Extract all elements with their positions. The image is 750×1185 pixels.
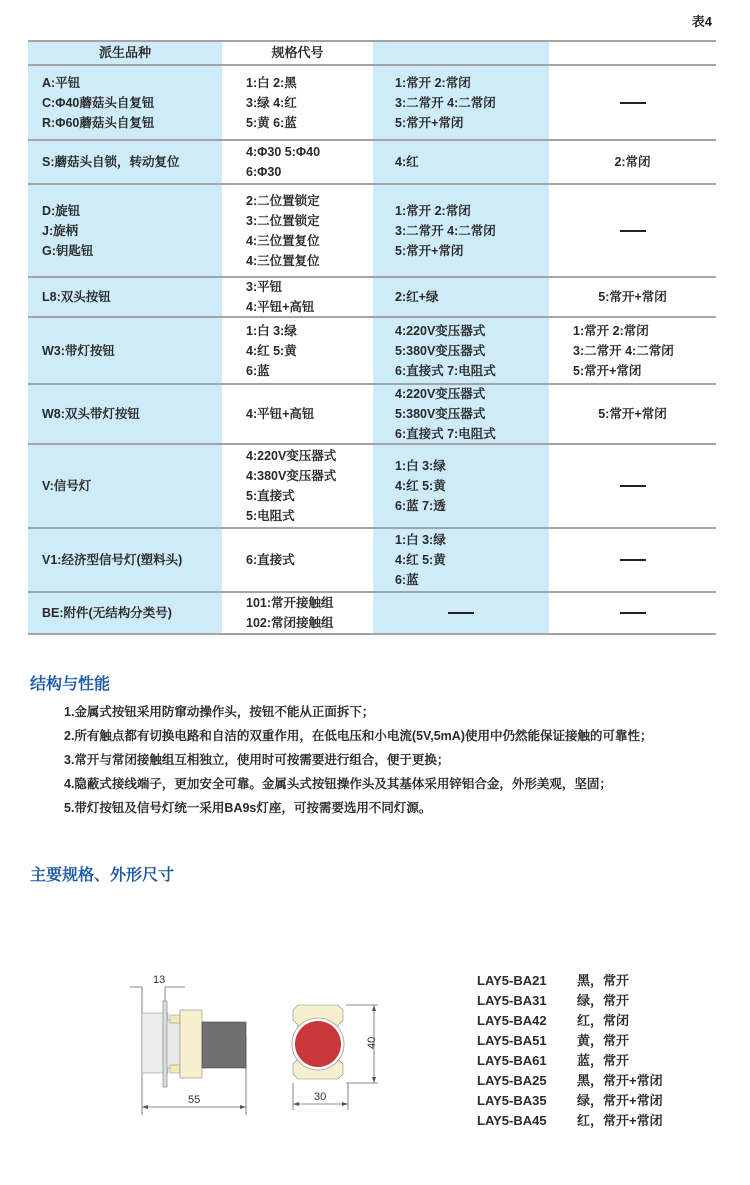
table-cell-c3 bbox=[373, 593, 549, 633]
table-cell-c2: 4:Φ30 5:Φ406:Φ30 bbox=[222, 141, 373, 183]
cell-line: 3:绿 4:红 bbox=[246, 93, 373, 113]
header-col3 bbox=[373, 42, 549, 64]
cell-line: 5:常开+常闭 bbox=[573, 361, 716, 381]
table-cell-c1: A:平钮C:Φ40蘑菇头自复钮R:Φ60蘑菇头自复钮 bbox=[28, 66, 222, 139]
cell-line: 5:380V变压器式 bbox=[395, 341, 549, 361]
cell-line: 3:二常开 4:二常闭 bbox=[395, 93, 549, 113]
svg-text:13: 13 bbox=[153, 974, 165, 986]
dimension-drawing: 13 55 30 40 bbox=[130, 965, 410, 1125]
cell-line: 3:二位置锁定 bbox=[246, 211, 373, 231]
cell-line: 4:220V变压器式 bbox=[395, 384, 549, 404]
model-desc: 绿，常开+常闭 bbox=[577, 1091, 663, 1111]
model-code: LAY5-BA45 bbox=[477, 1111, 577, 1131]
table-row: W8:双头带灯按钮4:平钮+高钮4:220V变压器式5:380V变压器式6:直接… bbox=[28, 383, 716, 443]
table-row: V1:经济型信号灯(塑料头)6:直接式1:白 3:绿4:红 5:黄6:蓝 bbox=[28, 527, 716, 591]
table-cell-c1: S:蘑菇头自锁，转动复位 bbox=[28, 141, 222, 183]
model-code: LAY5-BA35 bbox=[477, 1091, 577, 1111]
cell-line: 4:三位置复位 bbox=[246, 251, 373, 271]
cell-line: 4:220V变压器式 bbox=[395, 321, 549, 341]
table-cell-c4: 1:常开 2:常闭3:二常开 4:二常闭5:常开+常闭 bbox=[549, 318, 716, 383]
cell-line: 6:直接式 bbox=[246, 550, 373, 570]
table-cell-c2: 1:白 2:黑3:绿 4:红5:黄 6:蓝 bbox=[222, 66, 373, 139]
cell-line: 5:常开+常闭 bbox=[598, 404, 666, 424]
table-cell-c3: 1:常开 2:常闭3:二常开 4:二常闭5:常开+常闭 bbox=[373, 66, 549, 139]
table-cell-c1: W3:带灯按钮 bbox=[28, 318, 222, 383]
model-desc: 红，常闭 bbox=[577, 1011, 629, 1031]
model-row: LAY5-BA31绿，常开 bbox=[477, 991, 663, 1011]
table-row: L8:双头按钮3:平钮4:平钮+高钮2:红+绿5:常开+常闭 bbox=[28, 276, 716, 316]
table-row: S:蘑菇头自锁，转动复位4:Φ30 5:Φ406:Φ304:红2:常闭 bbox=[28, 139, 716, 183]
cell-line: 4:三位置复位 bbox=[246, 231, 373, 251]
table-cell-c2: 1:白 3:绿4:红 5:黄6:蓝 bbox=[222, 318, 373, 383]
cell-line: 5:常开+常闭 bbox=[395, 113, 549, 133]
table-header-row: 派生品种 规格代号 bbox=[28, 40, 716, 64]
table-cell-c2: 4:220V变压器式4:380V变压器式5:直接式5:电阻式 bbox=[222, 445, 373, 527]
cell-line: J:旋柄 bbox=[42, 221, 222, 241]
table-row: A:平钮C:Φ40蘑菇头自复钮R:Φ60蘑菇头自复钮1:白 2:黑3:绿 4:红… bbox=[28, 64, 716, 139]
model-desc: 黑，常开 bbox=[577, 971, 629, 991]
model-desc: 绿，常开 bbox=[577, 991, 629, 1011]
dash-placeholder bbox=[620, 559, 646, 561]
cell-line: R:Φ60蘑菇头自复钮 bbox=[42, 113, 222, 133]
table-cell-c4 bbox=[549, 185, 716, 276]
cell-line: 3:平钮 bbox=[246, 277, 373, 297]
cell-line: 1:白 3:绿 bbox=[395, 530, 549, 550]
cell-line: 6:蓝 bbox=[246, 361, 373, 381]
svg-text:30: 30 bbox=[314, 1091, 326, 1103]
model-desc: 黑，常开+常闭 bbox=[577, 1071, 663, 1091]
table-cell-c2: 2:二位置锁定3:二位置锁定4:三位置复位4:三位置复位 bbox=[222, 185, 373, 276]
table-cell-c1: V1:经济型信号灯(塑料头) bbox=[28, 529, 222, 591]
table-cell-c3: 1:白 3:绿4:红 5:黄6:蓝 7:透 bbox=[373, 445, 549, 527]
button-outline-icon: 13 55 30 40 bbox=[130, 965, 410, 1125]
header-spec-code: 规格代号 bbox=[222, 42, 373, 64]
structure-item: 4.隐蔽式接线端子，更加安全可靠。金属头式按钮操作头及其基体采用锌铝合金，外形美… bbox=[30, 772, 720, 796]
table-cell-c2: 101:常开接触组102:常闭接触组 bbox=[222, 593, 373, 633]
table-cell-c4 bbox=[549, 66, 716, 139]
table-cell-c4: 5:常开+常闭 bbox=[549, 385, 716, 443]
header-variant: 派生品种 bbox=[28, 42, 222, 64]
cell-line: 4:380V变压器式 bbox=[246, 466, 373, 486]
cell-line: 5:380V变压器式 bbox=[395, 404, 549, 424]
cell-line: 4:红 5:黄 bbox=[246, 341, 373, 361]
cell-line: 6:直接式 7:电阻式 bbox=[395, 361, 549, 381]
model-row: LAY5-BA61蓝，常开 bbox=[477, 1051, 663, 1071]
model-row: LAY5-BA42红，常闭 bbox=[477, 1011, 663, 1031]
table-cell-c3: 4:红 bbox=[373, 141, 549, 183]
table-cell-c1: W8:双头带灯按钮 bbox=[28, 385, 222, 443]
cell-line: 3:二常开 4:二常闭 bbox=[573, 341, 716, 361]
table-cell-c2: 6:直接式 bbox=[222, 529, 373, 591]
cell-line: 5:常开+常闭 bbox=[598, 287, 666, 307]
cell-line: 1:常开 2:常闭 bbox=[395, 201, 549, 221]
table-cell-c2: 4:平钮+高钮 bbox=[222, 385, 373, 443]
model-code: LAY5-BA25 bbox=[477, 1071, 577, 1091]
cell-line: 2:常闭 bbox=[614, 152, 650, 172]
cell-line: V1:经济型信号灯(塑料头) bbox=[42, 550, 222, 570]
table-cell-c3: 4:220V变压器式5:380V变压器式6:直接式 7:电阻式 bbox=[373, 318, 549, 383]
cell-line: 6:直接式 7:电阻式 bbox=[395, 424, 549, 444]
table-cell-c4 bbox=[549, 529, 716, 591]
dash-placeholder bbox=[620, 102, 646, 104]
model-row: LAY5-BA35绿，常开+常闭 bbox=[477, 1091, 663, 1111]
cell-line: D:旋钮 bbox=[42, 201, 222, 221]
table-cell-c1: BE:附件(无结构分类号) bbox=[28, 593, 222, 633]
table-row: V:信号灯4:220V变压器式4:380V变压器式5:直接式5:电阻式1:白 3… bbox=[28, 443, 716, 527]
cell-line: 101:常开接触组 bbox=[246, 593, 373, 613]
cell-line: 2:红+绿 bbox=[395, 287, 549, 307]
cell-line: 1:常开 2:常闭 bbox=[395, 73, 549, 93]
cell-line: W3:带灯按钮 bbox=[42, 341, 222, 361]
svg-text:40: 40 bbox=[366, 1037, 378, 1049]
model-code: LAY5-BA31 bbox=[477, 991, 577, 1011]
cell-line: 1:白 3:绿 bbox=[246, 321, 373, 341]
cell-line: 6:蓝 bbox=[395, 570, 549, 590]
cell-line: G:钥匙钮 bbox=[42, 241, 222, 261]
section-title-structure: 结构与性能 bbox=[30, 671, 110, 694]
model-row: LAY5-BA51黄，常开 bbox=[477, 1031, 663, 1051]
cell-line: 102:常闭接触组 bbox=[246, 613, 373, 633]
table-cell-c1: V:信号灯 bbox=[28, 445, 222, 527]
model-code: LAY5-BA42 bbox=[477, 1011, 577, 1031]
table-cell-c3: 4:220V变压器式5:380V变压器式6:直接式 7:电阻式 bbox=[373, 385, 549, 443]
table-cell-c3: 1:白 3:绿4:红 5:黄6:蓝 bbox=[373, 529, 549, 591]
cell-line: C:Φ40蘑菇头自复钮 bbox=[42, 93, 222, 113]
structure-item: 1.金属式按钮采用防窜动操作头，按钮不能从正面拆下； bbox=[30, 700, 720, 724]
model-desc: 红，常开+常闭 bbox=[577, 1111, 663, 1131]
model-code: LAY5-BA21 bbox=[477, 971, 577, 991]
cell-line: 4:红 bbox=[395, 152, 549, 172]
structure-list: 1.金属式按钮采用防窜动操作头，按钮不能从正面拆下； 2.所有触点都有切换电路和… bbox=[30, 700, 720, 820]
cell-line: 4:红 5:黄 bbox=[395, 476, 549, 496]
model-desc: 蓝，常开 bbox=[577, 1051, 629, 1071]
cell-line: 2:二位置锁定 bbox=[246, 191, 373, 211]
dash-placeholder bbox=[448, 612, 474, 614]
cell-line: W8:双头带灯按钮 bbox=[42, 404, 222, 424]
cell-line: 5:直接式 bbox=[246, 486, 373, 506]
structure-item: 3.常开与常闭接触组互相独立，使用时可按需要进行组合，便于更换； bbox=[30, 748, 720, 772]
table-cell-c3: 2:红+绿 bbox=[373, 278, 549, 316]
model-code: LAY5-BA51 bbox=[477, 1031, 577, 1051]
cell-line: 6:蓝 7:透 bbox=[395, 496, 549, 516]
header-col4 bbox=[549, 42, 716, 64]
cell-line: V:信号灯 bbox=[42, 476, 222, 496]
dash-placeholder bbox=[620, 485, 646, 487]
cell-line: S:蘑菇头自锁，转动复位 bbox=[42, 152, 222, 172]
dash-placeholder bbox=[620, 230, 646, 232]
table-body: A:平钮C:Φ40蘑菇头自复钮R:Φ60蘑菇头自复钮1:白 2:黑3:绿 4:红… bbox=[28, 64, 716, 635]
table-cell-c1: L8:双头按钮 bbox=[28, 278, 222, 316]
spec-table: 派生品种 规格代号 A:平钮C:Φ40蘑菇头自复钮R:Φ60蘑菇头自复钮1:白 … bbox=[28, 40, 716, 635]
cell-line: 4:红 5:黄 bbox=[395, 550, 549, 570]
cell-line: 4:平钮+高钮 bbox=[246, 404, 373, 424]
table-row: W3:带灯按钮1:白 3:绿4:红 5:黄6:蓝4:220V变压器式5:380V… bbox=[28, 316, 716, 383]
structure-item: 2.所有触点都有切换电路和自洁的双重作用，在低电压和小电流(5V,5mA)使用中… bbox=[30, 724, 720, 748]
cell-line: 1:白 3:绿 bbox=[395, 456, 549, 476]
svg-text:55: 55 bbox=[188, 1094, 200, 1106]
cell-line: 5:电阻式 bbox=[246, 506, 373, 526]
table-cell-c4: 2:常闭 bbox=[549, 141, 716, 183]
cell-line: 3:二常开 4:二常闭 bbox=[395, 221, 549, 241]
table-cell-c4 bbox=[549, 593, 716, 633]
model-desc: 黄，常开 bbox=[577, 1031, 629, 1051]
model-code: LAY5-BA61 bbox=[477, 1051, 577, 1071]
model-row: LAY5-BA25黑，常开+常闭 bbox=[477, 1071, 663, 1091]
model-row: LAY5-BA21黑，常开 bbox=[477, 971, 663, 991]
cell-line: 4:220V变压器式 bbox=[246, 446, 373, 466]
model-list: LAY5-BA21黑，常开LAY5-BA31绿，常开LAY5-BA42红，常闭L… bbox=[477, 971, 663, 1131]
section-title-specs: 主要规格、外形尺寸 bbox=[30, 862, 174, 885]
model-row: LAY5-BA45红，常开+常闭 bbox=[477, 1111, 663, 1131]
table-number-label: 表4 bbox=[692, 11, 712, 30]
table-row: BE:附件(无结构分类号)101:常开接触组102:常闭接触组 bbox=[28, 591, 716, 635]
table-row: D:旋钮J:旋柄G:钥匙钮2:二位置锁定3:二位置锁定4:三位置复位4:三位置复… bbox=[28, 183, 716, 276]
cell-line: 5:常开+常闭 bbox=[395, 241, 549, 261]
cell-line: 1:常开 2:常闭 bbox=[573, 321, 716, 341]
dash-placeholder bbox=[620, 612, 646, 614]
table-cell-c2: 3:平钮4:平钮+高钮 bbox=[222, 278, 373, 316]
table-cell-c4 bbox=[549, 445, 716, 527]
cell-line: 4:Φ30 5:Φ40 bbox=[246, 142, 373, 162]
cell-line: A:平钮 bbox=[42, 73, 222, 93]
structure-item: 5.带灯按钮及信号灯统一采用BA9s灯座，可按需要选用不同灯源。 bbox=[30, 796, 720, 820]
table-cell-c1: D:旋钮J:旋柄G:钥匙钮 bbox=[28, 185, 222, 276]
table-cell-c4: 5:常开+常闭 bbox=[549, 278, 716, 316]
cell-line: 4:平钮+高钮 bbox=[246, 297, 373, 317]
cell-line: BE:附件(无结构分类号) bbox=[42, 603, 222, 623]
cell-line: 1:白 2:黑 bbox=[246, 73, 373, 93]
cell-line: 6:Φ30 bbox=[246, 162, 373, 182]
cell-line: L8:双头按钮 bbox=[42, 287, 222, 307]
table-cell-c3: 1:常开 2:常闭3:二常开 4:二常闭5:常开+常闭 bbox=[373, 185, 549, 276]
cell-line: 5:黄 6:蓝 bbox=[246, 113, 373, 133]
